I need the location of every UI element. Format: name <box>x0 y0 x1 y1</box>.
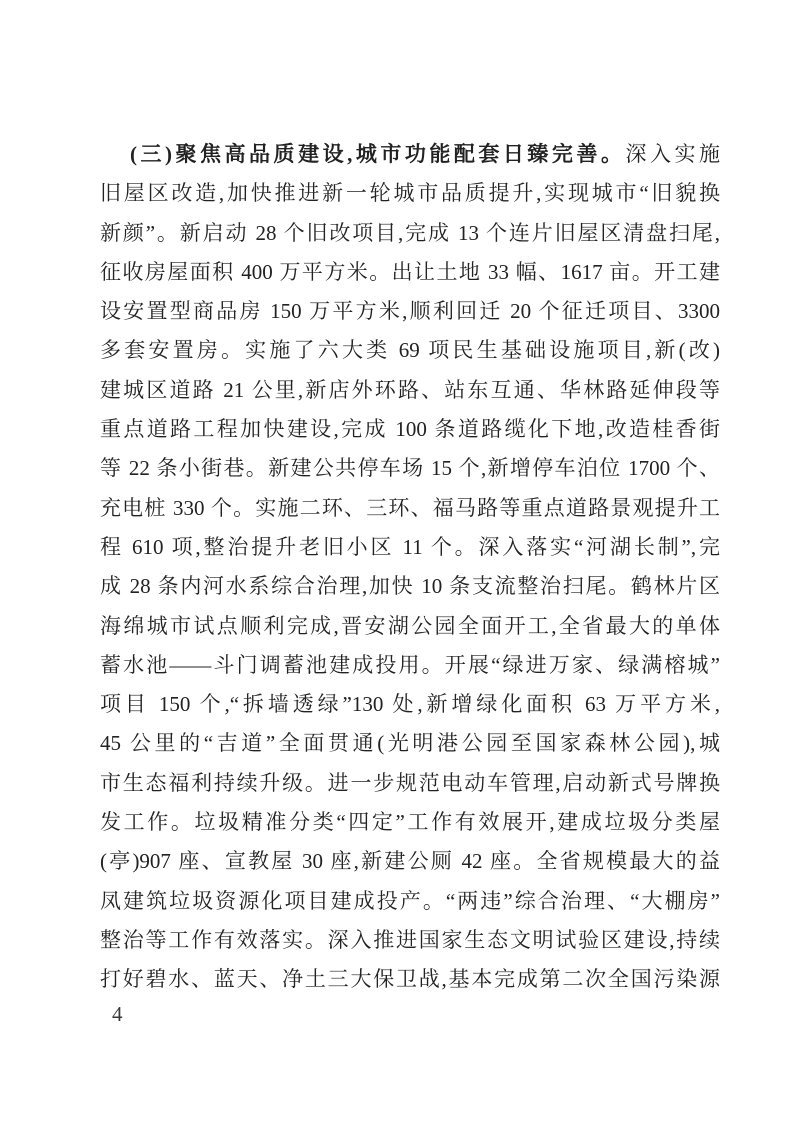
body-line: 凤建筑垃圾资源化项目建成投产。“两违”综合治理、“大棚房” <box>100 882 720 921</box>
body-line: 充电桩 330 个。实施二环、三环、福马路等重点道路景观提升工 <box>100 489 720 528</box>
body-line: 45 公里的“吉道”全面贯通(光明港公园至国家森林公园),城 <box>100 724 720 763</box>
body-line: 市生态福利持续升级。进一步规范电动车管理,启动新式号牌换 <box>100 764 720 803</box>
body-line: 旧屋区改造,加快推进新一轮城市品质提升,实现城市“旧貌换 <box>100 174 720 213</box>
document-page: (三)聚焦高品质建设,城市功能配套日臻完善。深入实施 旧屋区改造,加快推进新一轮… <box>0 0 800 1131</box>
section-heading: (三)聚焦高品质建设,城市功能配套日臻完善。 <box>130 142 625 166</box>
body-line: 等 22 条小街巷。新建公共停车场 15 个,新增停车泊位 1700 个、 <box>100 449 720 488</box>
page-number: 4 <box>112 1002 123 1027</box>
body-line: 海绵城市试点顺利完成,晋安湖公园全面开工,全省最大的单体 <box>100 607 720 646</box>
body-line: 项目 150 个,“拆墙透绿”130 处,新增绿化面积 63 万平方米, <box>100 685 720 724</box>
body-line: 成 28 条内河水系综合治理,加快 10 条支流整治扫尾。鹤林片区 <box>100 567 720 606</box>
report-body: (三)聚焦高品质建设,城市功能配套日臻完善。深入实施 旧屋区改造,加快推进新一轮… <box>100 135 720 1000</box>
body-line: 重点道路工程加快建设,完成 100 条道路缆化下地,改造桂香街 <box>100 410 720 449</box>
body-line: 发工作。垃圾精准分类“四定”工作有效展开,建成垃圾分类屋 <box>100 803 720 842</box>
body-line: 蓄水池——斗门调蓄池建成投用。开展“绿进万家、绿满榕城” <box>100 646 720 685</box>
body-line: 打好碧水、蓝天、净土三大保卫战,基本完成第二次全国污染源 <box>100 960 720 999</box>
body-line: 征收房屋面积 400 万平方米。出让土地 33 幅、1617 亩。开工建 <box>100 253 720 292</box>
body-line: 多套安置房。实施了六大类 69 项民生基础设施项目,新(改) <box>100 331 720 370</box>
body-line: 新颜”。新启动 28 个旧改项目,完成 13 个连片旧屋区清盘扫尾, <box>100 214 720 253</box>
body-line: 程 610 项,整治提升老旧小区 11 个。深入落实“河湖长制”,完 <box>100 528 720 567</box>
paragraph-lead-text: 深入实施 <box>625 142 720 166</box>
body-line: (亭)907 座、宣教屋 30 座,新建公厕 42 座。全省规模最大的益 <box>100 842 720 881</box>
body-line: 建城区道路 21 公里,新店外环路、站东互通、华林路延伸段等 <box>100 371 720 410</box>
body-line: 整治等工作有效落实。深入推进国家生态文明试验区建设,持续 <box>100 921 720 960</box>
paragraph-first-line: (三)聚焦高品质建设,城市功能配套日臻完善。深入实施 <box>100 135 720 174</box>
body-line: 设安置型商品房 150 万平方米,顺利回迁 20 个征迁项目、3300 <box>100 292 720 331</box>
